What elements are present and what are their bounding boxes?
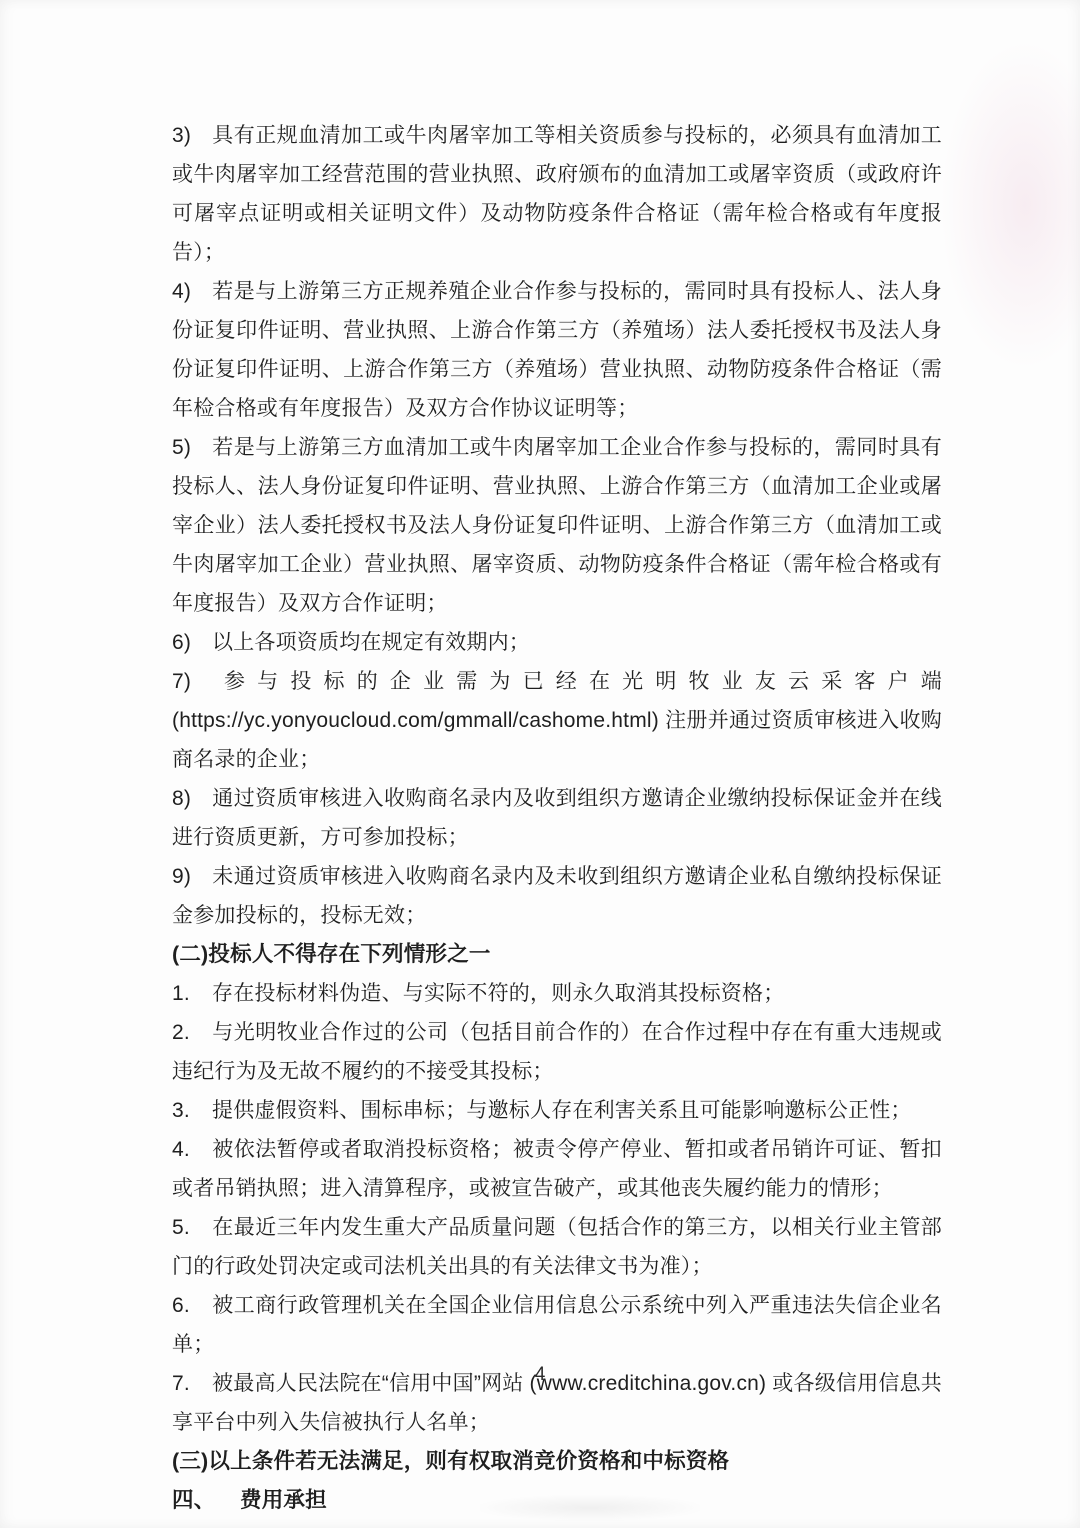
document-body: 3)具有正规血清加工或牛肉屠宰加工等相关资质参与投标的，必须具有血清加工或牛肉屠… bbox=[172, 116, 942, 1520]
list-item: 1.存在投标材料伪造、与实际不符的，则永久取消其投标资格； bbox=[172, 974, 942, 1013]
item-text: 未通过资质审核进入收购商名录内及未收到组织方邀请企业私自缴纳投标保证金参加投标的… bbox=[172, 865, 942, 927]
section-heading: (三)以上条件若无法满足，则有权取消竞价资格和中标资格 bbox=[172, 1442, 942, 1481]
item-text: 参与投标的企业需为已经在光明牧业友云采客户端(https://yc.yonyou… bbox=[172, 670, 942, 771]
item-marker: 4) bbox=[172, 272, 212, 311]
item-text: 若是与上游第三方正规养殖企业合作参与投标的，需同时具有投标人、法人身份证复印件证… bbox=[172, 280, 942, 420]
item-text: 存在投标材料伪造、与实际不符的，则永久取消其投标资格； bbox=[212, 982, 784, 1005]
list-item: 9)未通过资质审核进入收购商名录内及未收到组织方邀请企业私自缴纳投标保证金参加投… bbox=[172, 857, 942, 935]
item-marker: 3. bbox=[172, 1091, 212, 1130]
list-item: 8)通过资质审核进入收购商名录内及收到组织方邀请企业缴纳投标保证金并在线进行资质… bbox=[172, 779, 942, 857]
item-text: 被依法暂停或者取消投标资格；被责令停产停业、暂扣或者吊销许可证、暂扣或者吊销执照… bbox=[172, 1138, 942, 1200]
list-item: 5.在最近三年内发生重大产品质量问题（包括合作的第三方，以相关行业主管部门的行政… bbox=[172, 1208, 942, 1286]
item-marker: 9) bbox=[172, 857, 212, 896]
item-marker: 4. bbox=[172, 1130, 212, 1169]
item-text: 通过资质审核进入收购商名录内及收到组织方邀请企业缴纳投标保证金并在线进行资质更新… bbox=[172, 787, 942, 849]
item-marker: 2. bbox=[172, 1013, 212, 1052]
item-text: 被工商行政管理机关在全国企业信用信息公示系统中列入严重违法失信企业名单； bbox=[172, 1294, 942, 1356]
page-number: 4 bbox=[0, 1362, 1080, 1388]
item-text: 以上各项资质均在规定有效期内； bbox=[212, 631, 530, 654]
item-marker: 5) bbox=[172, 428, 212, 467]
item-text: 若是与上游第三方血清加工或牛肉屠宰加工企业合作参与投标的，需同时具有投标人、法人… bbox=[172, 436, 942, 615]
list-item: 4.被依法暂停或者取消投标资格；被责令停产停业、暂扣或者吊销许可证、暂扣或者吊销… bbox=[172, 1130, 942, 1208]
section-number: 四、 bbox=[172, 1481, 240, 1520]
heading-text: 费用承担 bbox=[240, 1488, 327, 1512]
heading-text: (二)投标人不得存在下列情形之一 bbox=[172, 942, 491, 966]
heading-text: (三)以上条件若无法满足，则有权取消竞价资格和中标资格 bbox=[172, 1449, 729, 1473]
item-marker: 1. bbox=[172, 974, 212, 1013]
list-item: 3.提供虚假资料、围标串标；与邀标人存在利害关系且可能影响邀标公正性； bbox=[172, 1091, 942, 1130]
item-marker: 6) bbox=[172, 623, 212, 662]
section-heading-numbered: 四、费用承担 bbox=[172, 1481, 942, 1520]
item-marker: 5. bbox=[172, 1208, 212, 1247]
list-item: 4)若是与上游第三方正规养殖企业合作参与投标的，需同时具有投标人、法人身份证复印… bbox=[172, 272, 942, 428]
list-item: 2.与光明牧业合作过的公司（包括目前合作的）在合作过程中存在有重大违规或违纪行为… bbox=[172, 1013, 942, 1091]
item-marker: 3) bbox=[172, 116, 212, 155]
item-marker: 8) bbox=[172, 779, 212, 818]
list-item: 5)若是与上游第三方血清加工或牛肉屠宰加工企业合作参与投标的，需同时具有投标人、… bbox=[172, 428, 942, 623]
item-marker: 6. bbox=[172, 1286, 212, 1325]
list-item: 6)以上各项资质均在规定有效期内； bbox=[172, 623, 942, 662]
item-text: 在最近三年内发生重大产品质量问题（包括合作的第三方，以相关行业主管部门的行政处罚… bbox=[172, 1216, 942, 1278]
item-text: 与光明牧业合作过的公司（包括目前合作的）在合作过程中存在有重大违规或违纪行为及无… bbox=[172, 1021, 942, 1083]
item-text: 具有正规血清加工或牛肉屠宰加工等相关资质参与投标的，必须具有血清加工或牛肉屠宰加… bbox=[172, 124, 942, 264]
list-item: 7)参与投标的企业需为已经在光明牧业友云采客户端(https://yc.yony… bbox=[172, 662, 942, 779]
list-item: 6.被工商行政管理机关在全国企业信用信息公示系统中列入严重违法失信企业名单； bbox=[172, 1286, 942, 1364]
item-marker: 7) bbox=[172, 662, 212, 701]
document-page: 3)具有正规血清加工或牛肉屠宰加工等相关资质参与投标的，必须具有血清加工或牛肉屠… bbox=[0, 0, 1080, 1528]
item-text: 提供虚假资料、围标串标；与邀标人存在利害关系且可能影响邀标公正性； bbox=[212, 1099, 912, 1122]
list-item: 3)具有正规血清加工或牛肉屠宰加工等相关资质参与投标的，必须具有血清加工或牛肉屠… bbox=[172, 116, 942, 272]
section-heading: (二)投标人不得存在下列情形之一 bbox=[172, 935, 942, 974]
